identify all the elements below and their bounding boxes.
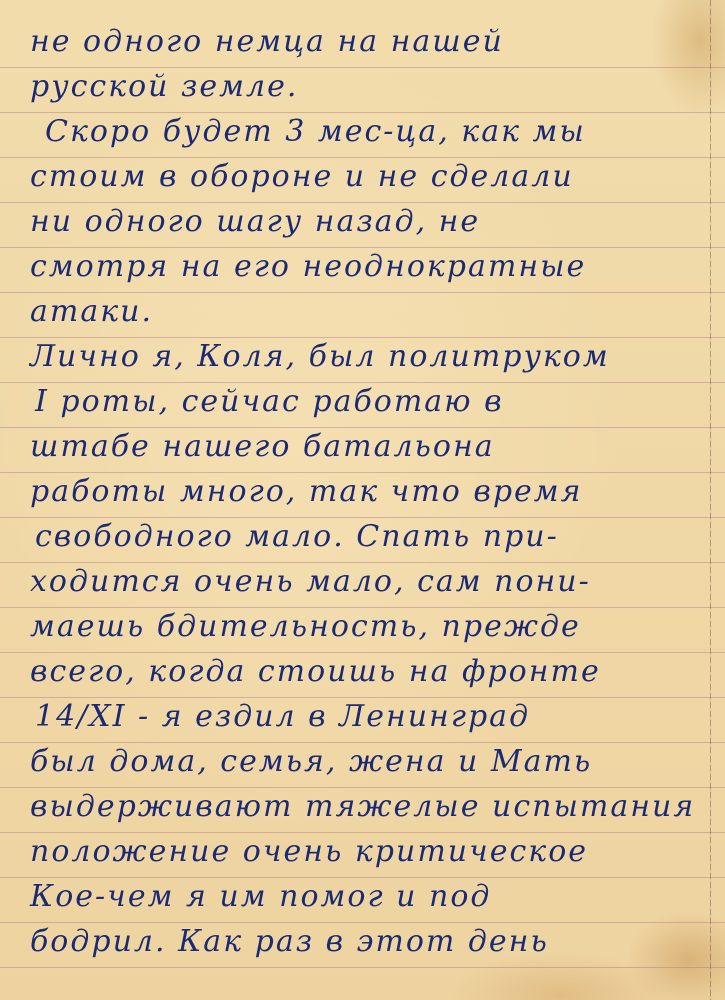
handwritten-line: работы много, так что время xyxy=(30,472,583,512)
handwritten-line: русской земле. xyxy=(30,67,298,107)
handwritten-line: всего, когда стоишь на фронте xyxy=(30,652,601,692)
margin-line xyxy=(710,0,711,1000)
handwritten-line: Кое-чем я им помог и под xyxy=(30,877,491,917)
handwritten-line: не одного немца на нашей xyxy=(30,22,504,62)
handwritten-line: Скоро будет 3 мес-ца, как мы xyxy=(45,112,586,152)
diary-page: не одного немца на нашей русской земле. … xyxy=(0,0,725,1000)
handwritten-line: свободного мало. Спать при- xyxy=(35,517,559,557)
handwritten-line: атаки. xyxy=(30,292,153,332)
handwritten-line: был дома, семья, жена и Мать xyxy=(30,742,592,782)
handwritten-line: Лично я, Коля, был политруком xyxy=(30,337,610,377)
handwritten-line: стоим в обороне и не сделали xyxy=(30,157,574,197)
handwritten-line: 14/XI - я ездил в Ленинград xyxy=(35,697,530,737)
handwritten-line: маешь бдительность, прежде xyxy=(30,607,581,647)
ruled-line xyxy=(0,967,725,968)
handwritten-line: выдерживают тяжелые испытания xyxy=(30,787,695,827)
handwritten-line: ходится очень мало, сам пони- xyxy=(30,562,591,602)
handwritten-line: бодрил. Как раз в этот день xyxy=(30,922,549,962)
handwritten-line: положение очень критическое xyxy=(30,832,588,872)
handwritten-line: смотря на его неоднократные xyxy=(30,247,586,287)
handwritten-line: штабе нашего батальона xyxy=(30,427,495,467)
handwritten-line: I роты, сейчас работаю в xyxy=(35,382,504,422)
handwritten-line: ни одного шагу назад, не xyxy=(30,202,480,242)
